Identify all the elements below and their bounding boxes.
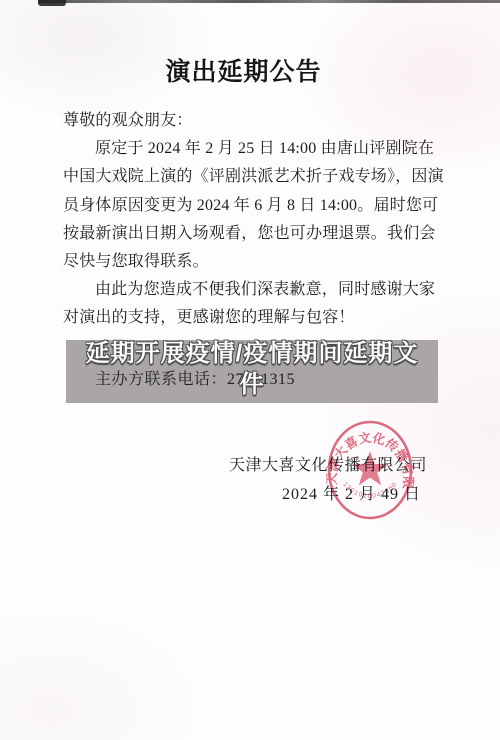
stamp-serial-text: 1201010047960 [341, 481, 398, 500]
watermark-text-line1: 延期开展疫情/疫情期间延期文 [66, 338, 438, 369]
body-line: 中国大戏院上演的《评剧洪派艺术折子戏专场》，因演 [63, 163, 439, 191]
scan-artifact-blob [38, 0, 66, 6]
body-line: 由此为您造成不便我们深表歉意，同时感谢大家 [63, 276, 439, 304]
watermark-text-line2: 件 [66, 369, 438, 400]
scan-artifact-line [38, 0, 500, 3]
body-line: 尽快与您取得联系。 [63, 248, 439, 276]
scanned-notice-page: 演出延期公告 尊敬的观众朋友： 原定于 2024 年 2 月 25 日 14:0… [0, 0, 500, 740]
company-stamp-icon: 天津大喜文化传播有限公司 1201010047960 [318, 412, 424, 528]
body-line: 员身体原因变更为 2024 年 6 月 8 日 14:00。届时您可 [63, 192, 439, 220]
body-line: 原定于 2024 年 2 月 25 日 14:00 由唐山评剧院在 [63, 135, 439, 163]
watermark-text: 延期开展疫情/疫情期间延期文 件 [66, 338, 438, 400]
body-line-salutation: 尊敬的观众朋友： [63, 107, 439, 135]
body-line: 对演出的支持，更感谢您的理解与包容！ [63, 304, 439, 332]
stamp-star-icon [352, 451, 388, 485]
svg-text:1201010047960: 1201010047960 [341, 481, 398, 500]
notice-title: 演出延期公告 [0, 52, 487, 88]
notice-body: 尊敬的观众朋友： 原定于 2024 年 2 月 25 日 14:00 由唐山评剧… [63, 107, 439, 333]
body-line: 按最新演出日期入场观看，您也可办理退票。我们会 [63, 220, 439, 248]
